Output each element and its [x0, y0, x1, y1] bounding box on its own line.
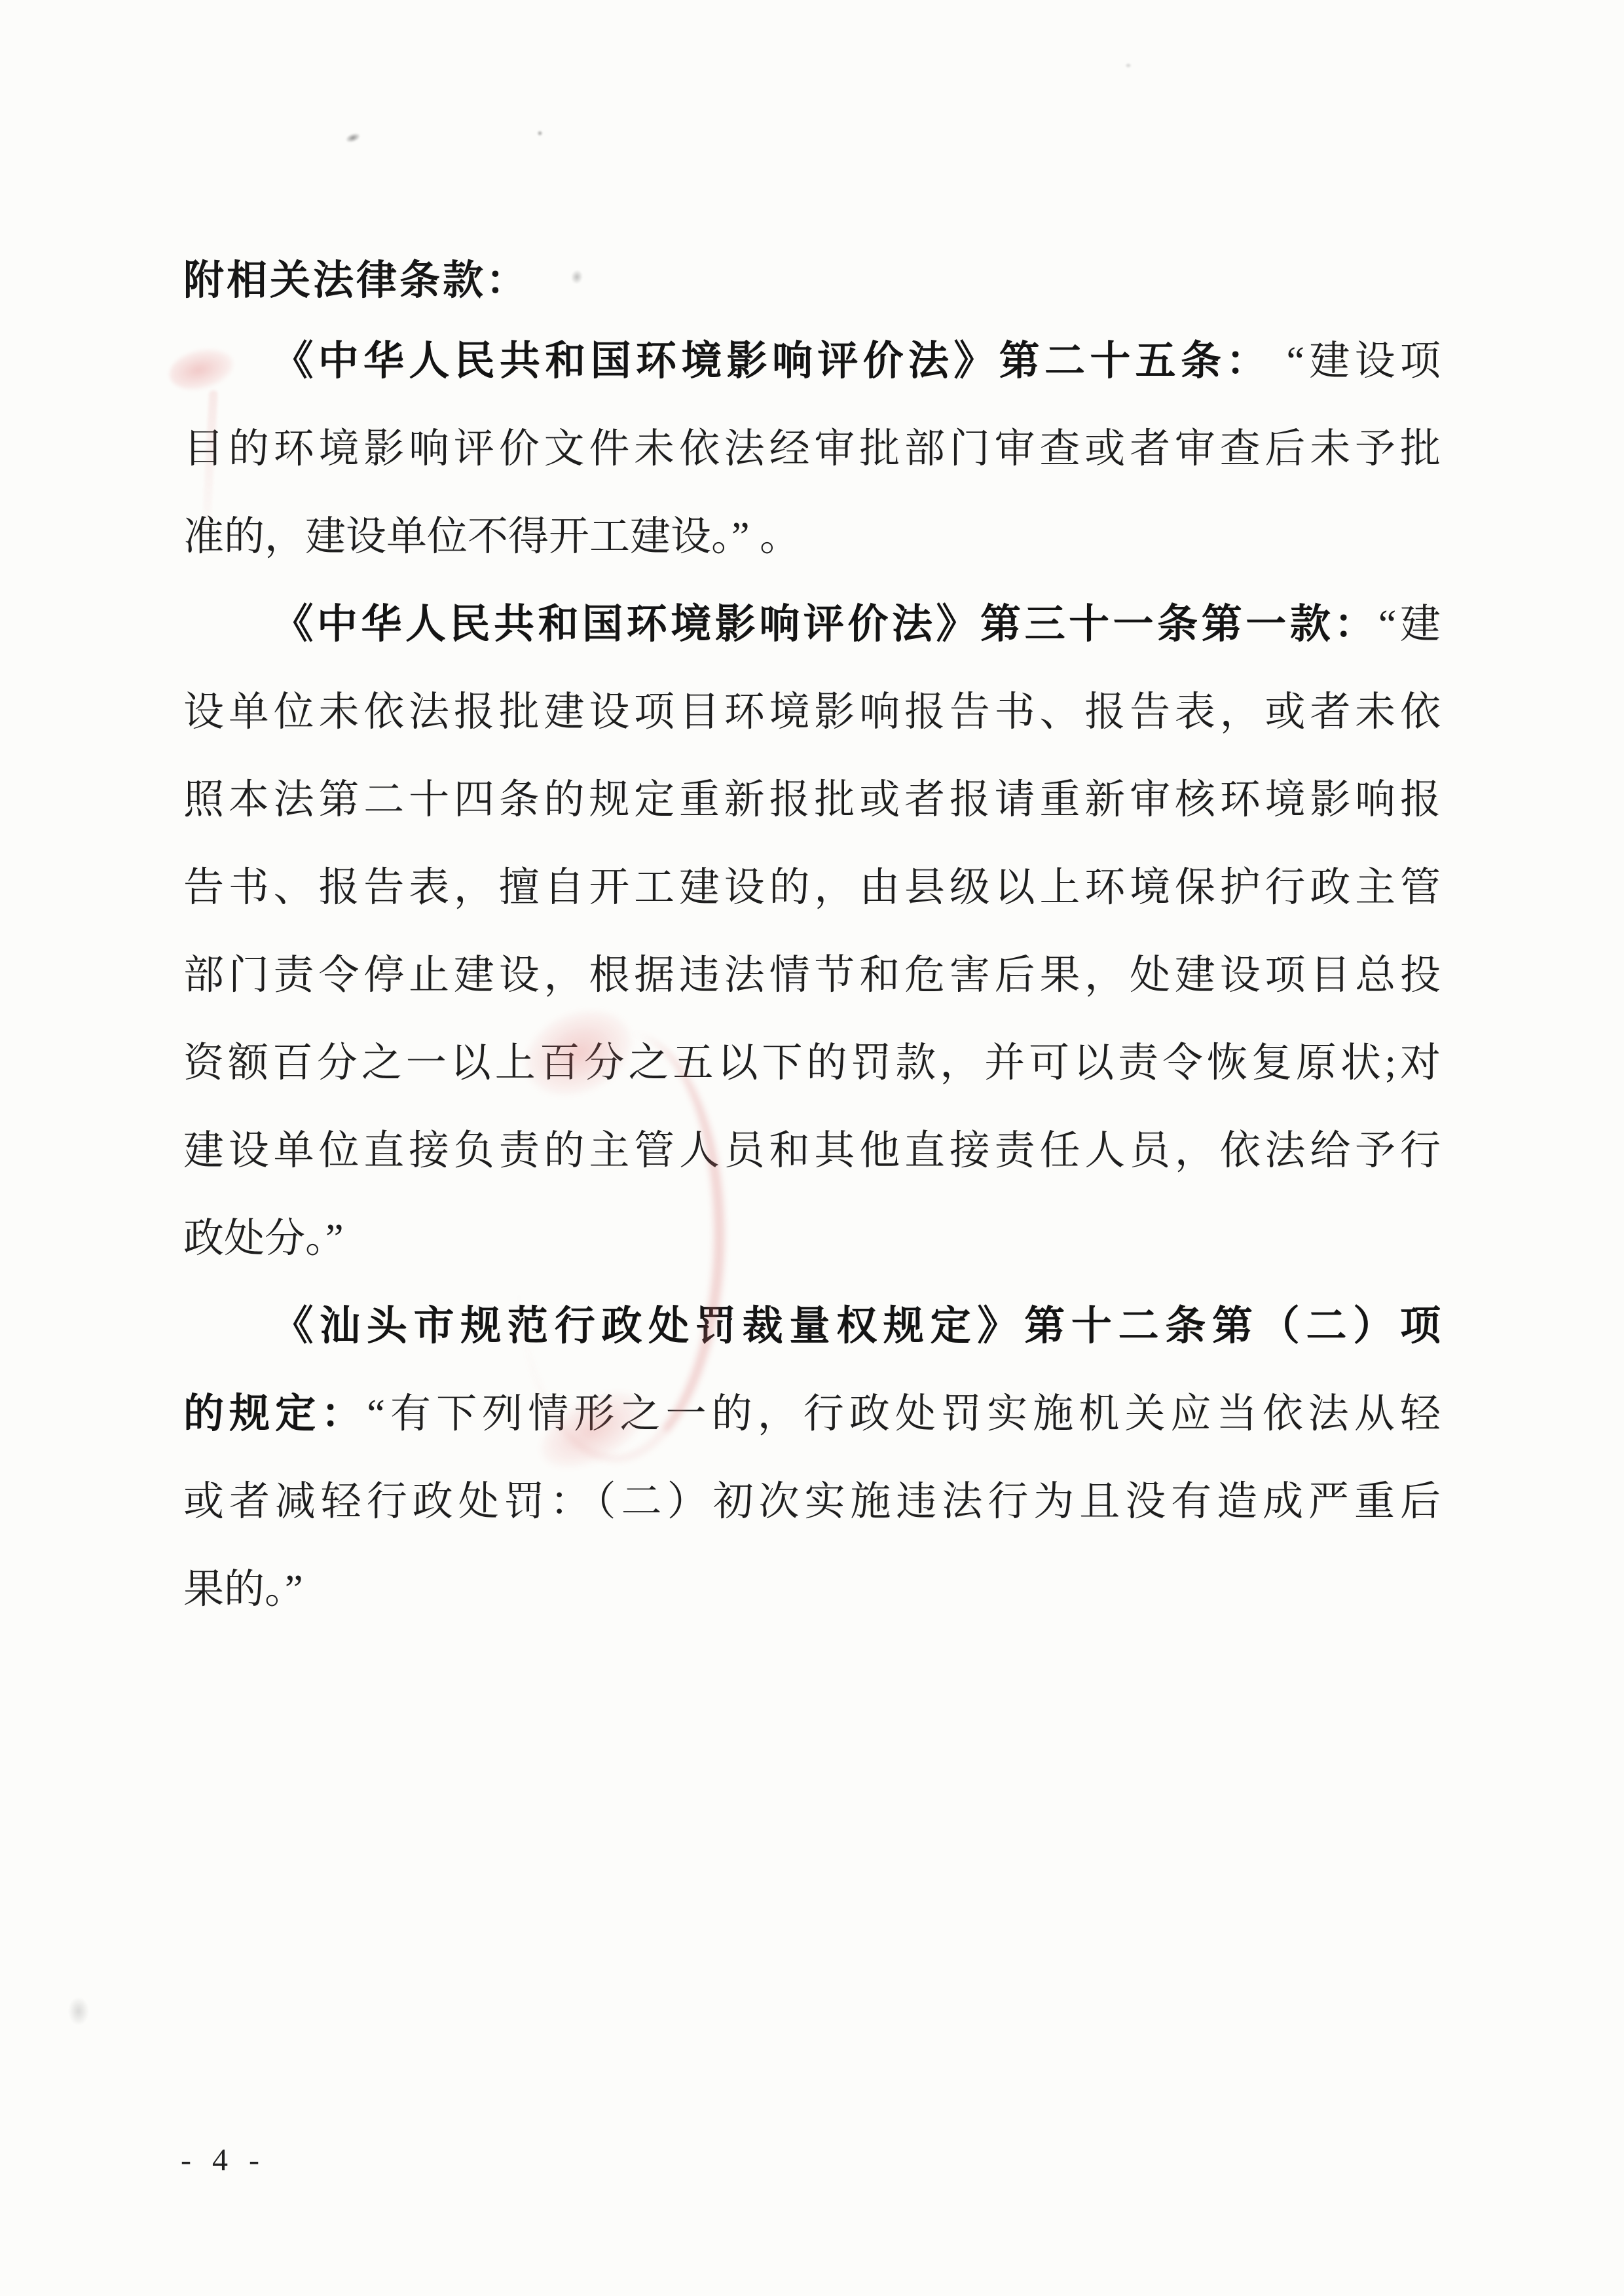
text-line: 告书、报告表，擅自开工建设的，由县级以上环境保护行政主管: [183, 864, 1441, 912]
law-text: 部门责令停止建设，根据违法情节和危害后果，处建设项目总投: [183, 953, 1441, 998]
text-line: 照本法第二十四条的规定重新报批或者报请重新审核环境影响报: [183, 776, 1441, 824]
law-text: 告书、报告表，擅自开工建设的，由县级以上环境保护行政主管: [183, 866, 1441, 910]
text-line: 《汕头市规范行政处罚裁量权规定》第十二条第（二）项: [183, 1302, 1441, 1351]
text-line: 或者减轻行政处罚：（二）初次实施违法行为且没有造成严重后: [183, 1478, 1441, 1526]
scanned-document-page: 附相关法律条款： 《中华人民共和国环境影响评价法》第二十五条： “建设项目的环境…: [0, 0, 1624, 2296]
law-text: 或者减轻行政处罚：（二）初次实施违法行为且没有造成严重后: [183, 1480, 1441, 1524]
text-line: 建设单位直接负责的主管人员和其他直接责任人员，依法给予行: [183, 1127, 1441, 1175]
text-line: 设单位未依法报批建设项目环境影响报告书、报告表，或者未依: [183, 688, 1441, 737]
law-text: “有下列情形之一的，行政处罚实施机关应当依法从轻: [367, 1392, 1441, 1436]
law-citation-bold: 的规定：: [183, 1392, 367, 1436]
law-citation-bold: 《中华人民共和国环境影响评价法》第三十一条第一款：: [272, 602, 1378, 647]
text-line: 果的。”: [183, 1565, 1441, 1614]
law-text: 设单位未依法报批建设项目环境影响报告书、报告表，或者未依: [183, 690, 1441, 735]
law-text: 政处分。”: [183, 1216, 344, 1261]
text-line: 准的，建设单位不得开工建设。” 。: [183, 513, 1441, 561]
law-text: “建设项: [1272, 339, 1441, 384]
law-text: 资额百分之一以上百分之五以下的罚款，并可以责令恢复原状;对: [183, 1041, 1441, 1085]
page-footer: - 4 -: [181, 2142, 266, 2178]
law-text: “建: [1378, 602, 1441, 647]
text-line: 的规定：“有下列情形之一的，行政处罚实施机关应当依法从轻: [183, 1390, 1441, 1438]
text-line: 《中华人民共和国环境影响评价法》第三十一条第一款：“建: [183, 600, 1441, 649]
law-text: 目的环境影响评价文件未依法经审批部门审查或者审查后未予批: [183, 427, 1441, 471]
text-line: 《中华人民共和国环境影响评价法》第二十五条： “建设项: [183, 337, 1441, 386]
text-line: 部门责令停止建设，根据违法情节和危害后果，处建设项目总投: [183, 951, 1441, 1000]
text-line: 目的环境影响评价文件未依法经审批部门审查或者审查后未予批: [183, 425, 1441, 473]
text-line: 政处分。”: [183, 1214, 1441, 1263]
page-number: - 4 -: [181, 2143, 266, 2178]
text-line: 资额百分之一以上百分之五以下的罚款，并可以责令恢复原状;对: [183, 1039, 1441, 1087]
law-citation-bold: 《中华人民共和国环境影响评价法》第二十五条：: [272, 339, 1271, 384]
law-text: 准的，建设单位不得开工建设。” 。: [183, 515, 800, 559]
law-citation-bold: 《汕头市规范行政处罚裁量权规定》第十二条第（二）项: [272, 1304, 1441, 1349]
law-text: 果的。”: [183, 1567, 303, 1612]
law-text: 建设单位直接负责的主管人员和其他直接责任人员，依法给予行: [183, 1129, 1441, 1173]
law-text: 照本法第二十四条的规定重新报批或者报请重新审核环境影响报: [183, 778, 1441, 822]
text-body: 《中华人民共和国环境影响评价法》第二十五条： “建设项目的环境影响评价文件未依法…: [0, 0, 1624, 2296]
